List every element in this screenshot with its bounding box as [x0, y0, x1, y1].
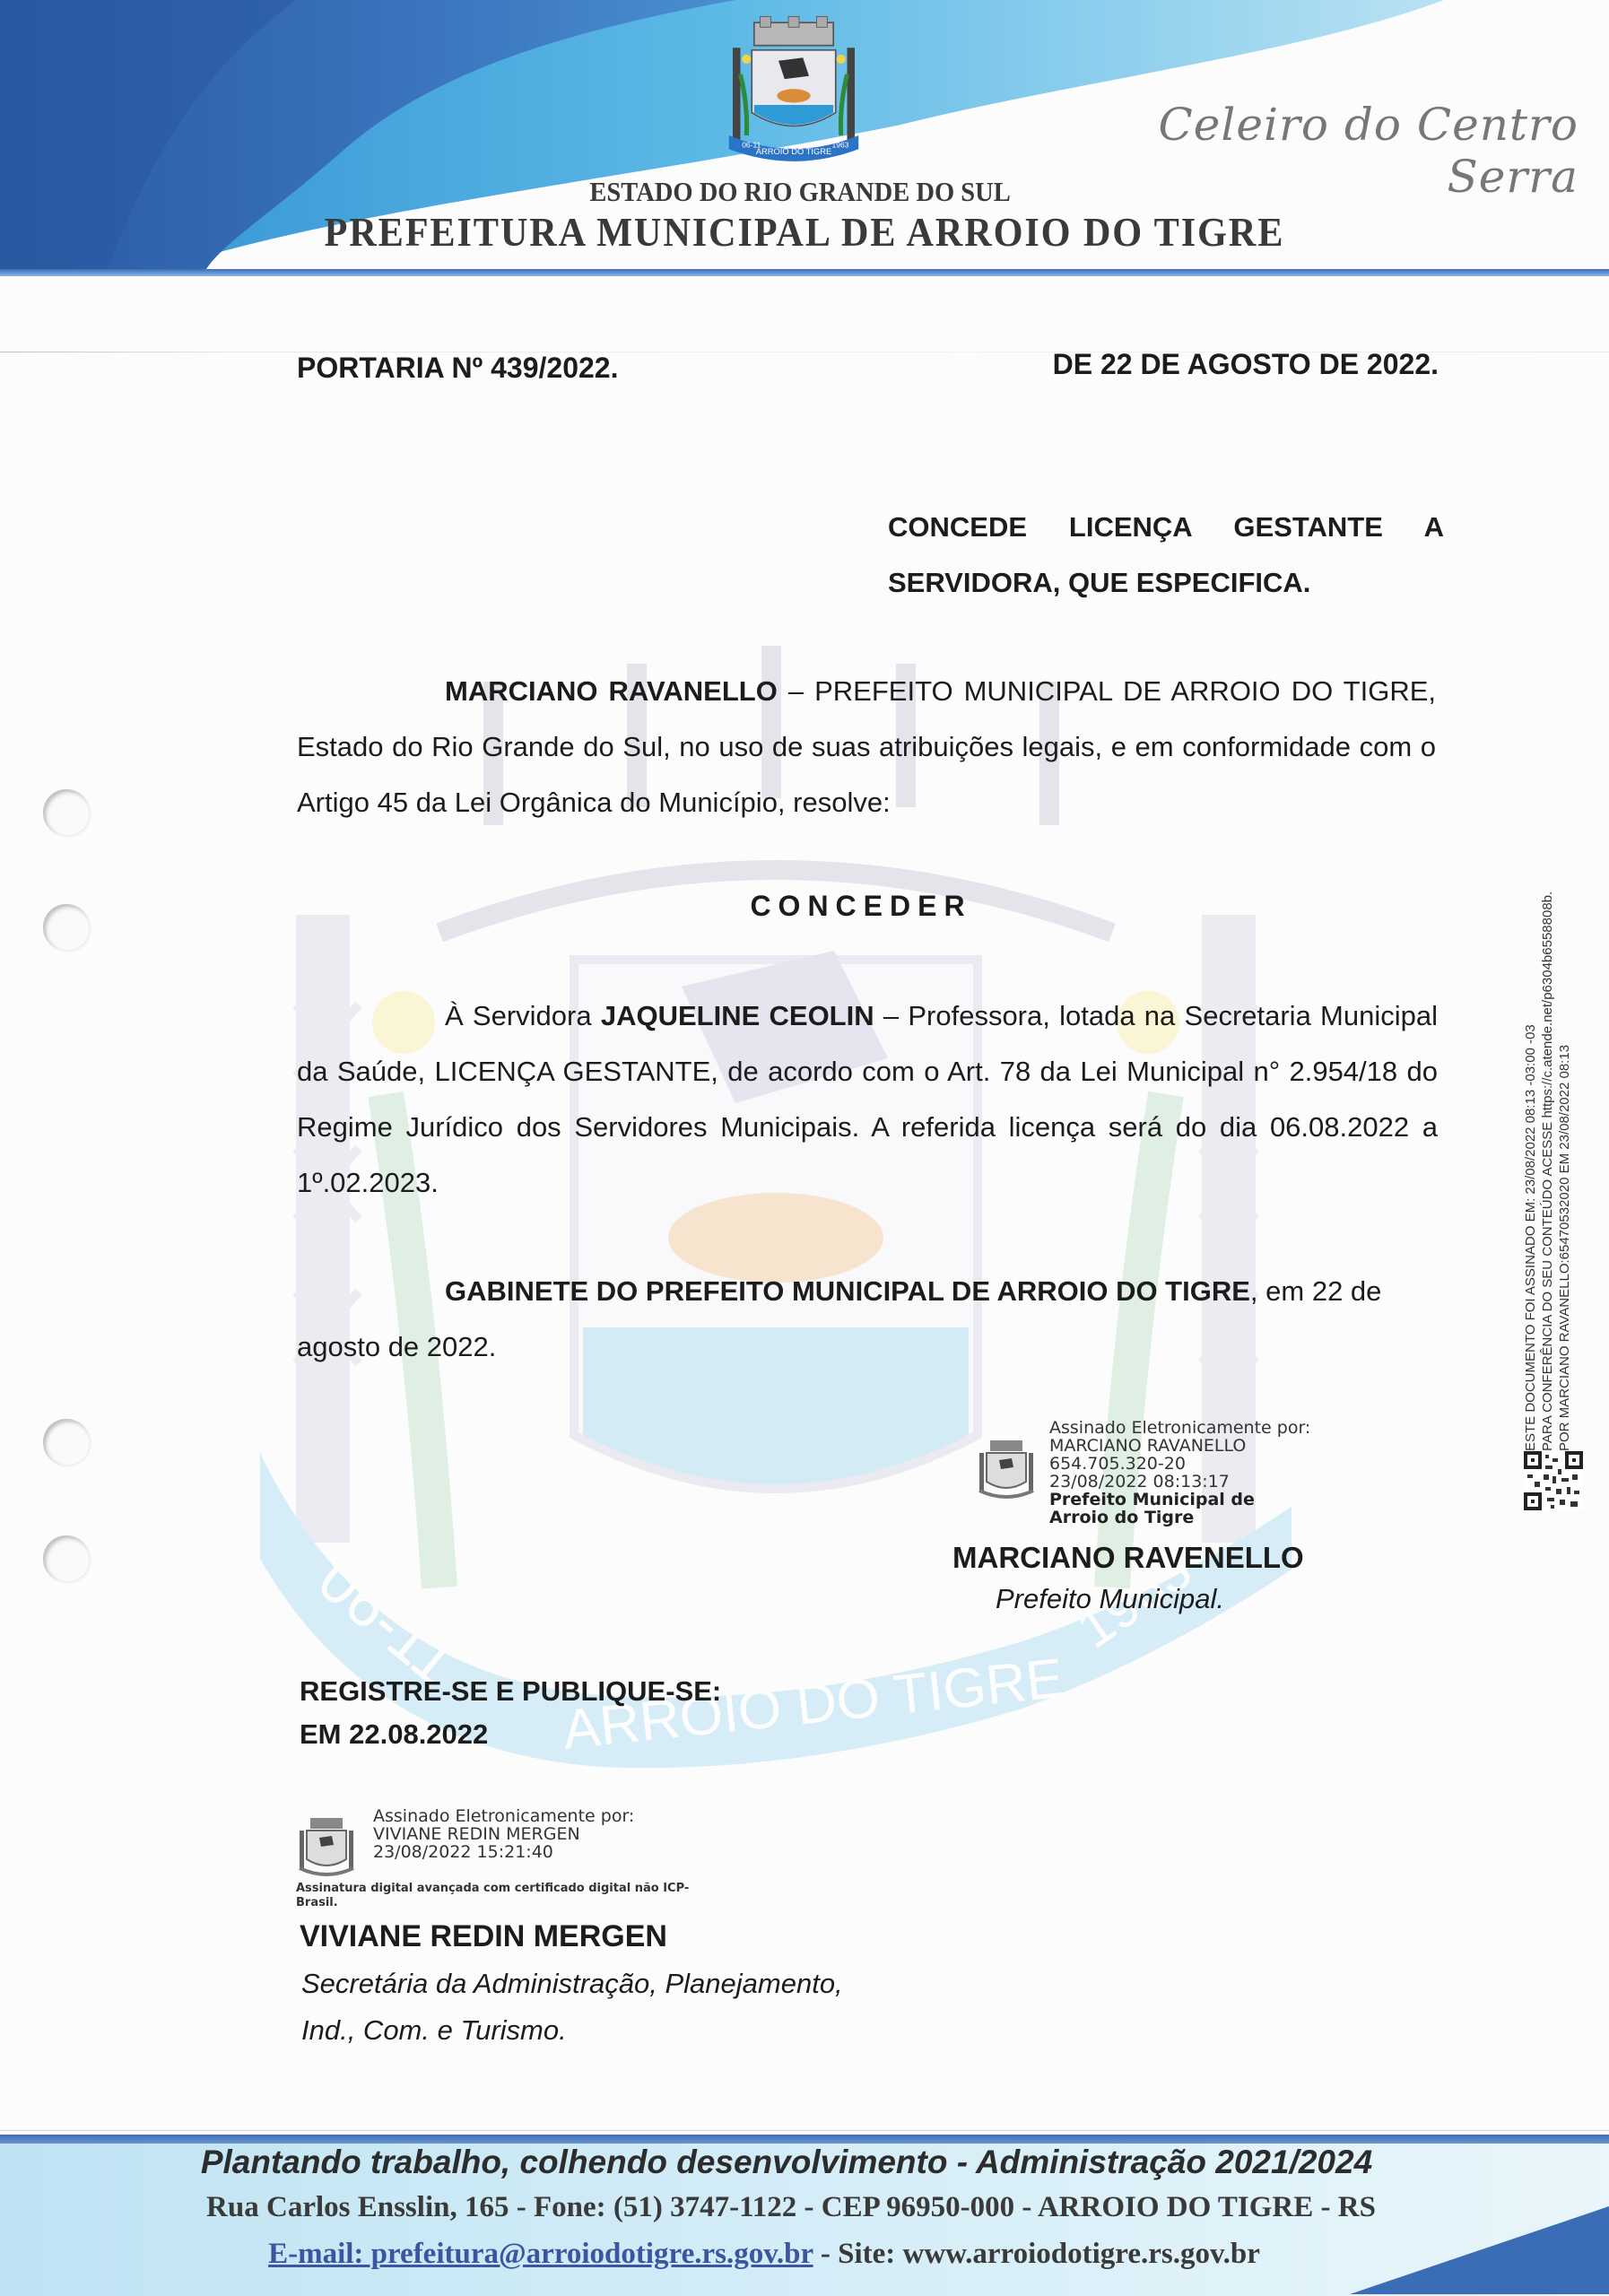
- punch-hole: [43, 1419, 90, 1465]
- action-heading: CONCEDER: [0, 890, 1609, 923]
- verification-text: ESTE DOCUMENTO FOI ASSINADO EM: 23/08/20…: [1522, 780, 1587, 1516]
- municipal-crest-logo: ARROIO DO TIGRE 06-11 1963: [718, 13, 870, 166]
- website-link[interactable]: Site: www.arroiodotigre.rs.gov.br: [838, 2238, 1260, 2270]
- header-divider: [0, 269, 1609, 276]
- qr-code-icon[interactable]: [1524, 1451, 1583, 1510]
- svg-text:ARROIO DO TIGRE: ARROIO DO TIGRE: [756, 147, 831, 156]
- punch-hole: [43, 1535, 90, 1582]
- mayor-signatory-role: Prefeito Municipal.: [996, 1583, 1224, 1615]
- decree-number: PORTARIA Nº 439/2022.: [297, 352, 618, 385]
- signature-crest-icon: [296, 1816, 357, 1881]
- footer-divider: [0, 2135, 1609, 2144]
- punch-hole: [43, 789, 90, 836]
- institution-heading: PREFEITURA MUNICIPAL DE ARROIO DO TIGRE: [0, 208, 1609, 256]
- mayor-name-inline: MARCIANO RAVANELLO: [445, 675, 778, 707]
- registration-notice: REGISTRE-SE E PUBLIQUE-SE: EM 22.08.2022: [300, 1670, 721, 1756]
- footer-scan-line: [0, 2130, 1609, 2131]
- signature-certificate-note: Assinatura digital avançada com certific…: [296, 1882, 718, 1910]
- decree-date: DE 22 DE AGOSTO DE 2022.: [1053, 348, 1439, 381]
- footer-slogan: Plantando trabalho, colhendo desenvolvim…: [0, 2144, 1609, 2181]
- footer-contacts: E-mail: prefeitura@arroiodotigre.rs.gov.…: [0, 2238, 1609, 2271]
- employee-name: JAQUELINE CEOLIN: [601, 1000, 874, 1031]
- grant-paragraph: À Servidora JAQUELINE CEOLIN – Professor…: [297, 988, 1438, 1211]
- secretary-signatory-name: VIVIANE REDIN MERGEN: [300, 1919, 667, 1954]
- state-heading: ESTADO DO RIO GRANDE DO SUL: [0, 176, 1609, 208]
- secretary-signatory-role: Secretária da Administração, Planejament…: [301, 1961, 843, 2054]
- verification-stamp: ESTE DOCUMENTO FOI ASSINADO EM: 23/08/20…: [1522, 780, 1587, 1516]
- mayor-signatory-name: MARCIANO RAVENELLO: [952, 1541, 1304, 1575]
- signature-crest-icon: [976, 1439, 1037, 1503]
- svg-text:06-11: 06-11: [742, 141, 761, 150]
- preamble-paragraph: MARCIANO RAVANELLO – PREFEITO MUNICIPAL …: [297, 664, 1436, 831]
- closing-paragraph: GABINETE DO PREFEITO MUNICIPAL DE ARROIO…: [297, 1264, 1438, 1375]
- decree-summary: CONCEDE LICENÇA GESTANTE A SERVIDORA, QU…: [888, 500, 1444, 611]
- email-link[interactable]: E-mail: prefeitura@arroiodotigre.rs.gov.…: [268, 2238, 813, 2270]
- footer-address: Rua Carlos Ensslin, 165 - Fone: (51) 374…: [0, 2191, 1609, 2224]
- svg-text:1963: 1963: [832, 141, 849, 150]
